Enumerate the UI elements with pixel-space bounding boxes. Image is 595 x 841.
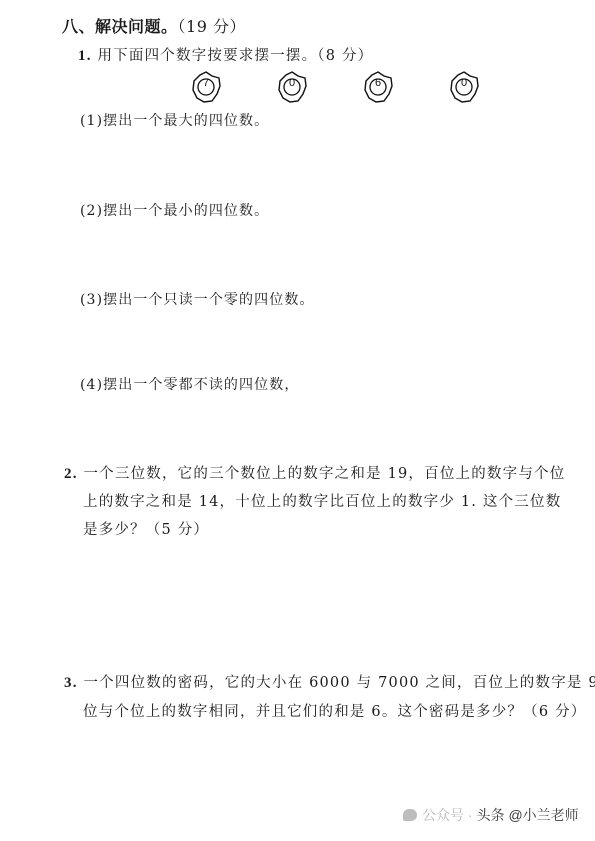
card-digit: 0 xyxy=(276,77,308,89)
question-number: 3. xyxy=(64,675,78,691)
card-digit: 6 xyxy=(362,77,394,89)
digit-cards: 7 0 6 0 xyxy=(190,70,480,106)
question-text: 用下面四个数字按要求摆一摆。（8 分） xyxy=(97,48,373,64)
question-text-line-2: 位与个位上的数字相同，并且它们的和是 6。这个密码是多少？（6 分） xyxy=(83,700,586,721)
flower-card-icon: 6 xyxy=(362,70,394,104)
section-title-text: 八、解决问题。 xyxy=(62,17,178,36)
question-text-line-2: 上的数字之和是 14，十位上的数字比百位上的数字少 1. 这个三位数 xyxy=(83,490,561,511)
question-text-line-1: 一个四位数的密码，它的大小在 6000 与 7000 之间，百位上的数字是 9，… xyxy=(83,675,595,691)
section-title: 八、解决问题。（19 分） xyxy=(62,14,246,37)
flower-card-icon: 0 xyxy=(448,70,480,104)
question-number: 2. xyxy=(64,466,78,482)
question-3: 3. 一个四位数的密码，它的大小在 6000 与 7000 之间，百位上的数字是… xyxy=(64,671,595,692)
flower-card-icon: 7 xyxy=(190,70,222,104)
watermark: 公众号 ·头条 @小兰老师 xyxy=(403,805,579,825)
question-text-line-1: 一个三位数，它的三个数位上的数字之和是 19，百位上的数字与个位 xyxy=(83,466,565,482)
subquestion-2: (2)摆出一个最小的四位数。 xyxy=(80,200,269,220)
question-text-line-3: 是多少？（5 分） xyxy=(83,518,209,539)
section-points: （19 分） xyxy=(178,17,246,36)
question-2: 2. 一个三位数，它的三个数位上的数字之和是 19，百位上的数字与个位 xyxy=(64,462,565,483)
question-1: 1. 用下面四个数字按要求摆一摆。（8 分） xyxy=(78,44,373,65)
subquestion-4: (4)摆出一个零都不读的四位数， xyxy=(80,374,299,394)
watermark-author: 头条 @小兰老师 xyxy=(477,807,579,823)
flower-card-icon: 0 xyxy=(276,70,308,104)
subquestion-1: (1)摆出一个最大的四位数。 xyxy=(80,110,269,130)
card-digit: 7 xyxy=(190,77,222,89)
wechat-icon xyxy=(403,809,417,821)
question-number: 1. xyxy=(78,48,92,64)
watermark-prefix: 公众号 · xyxy=(422,807,473,823)
card-digit: 0 xyxy=(448,77,480,89)
subquestion-3: (3)摆出一个只读一个零的四位数。 xyxy=(80,289,315,309)
